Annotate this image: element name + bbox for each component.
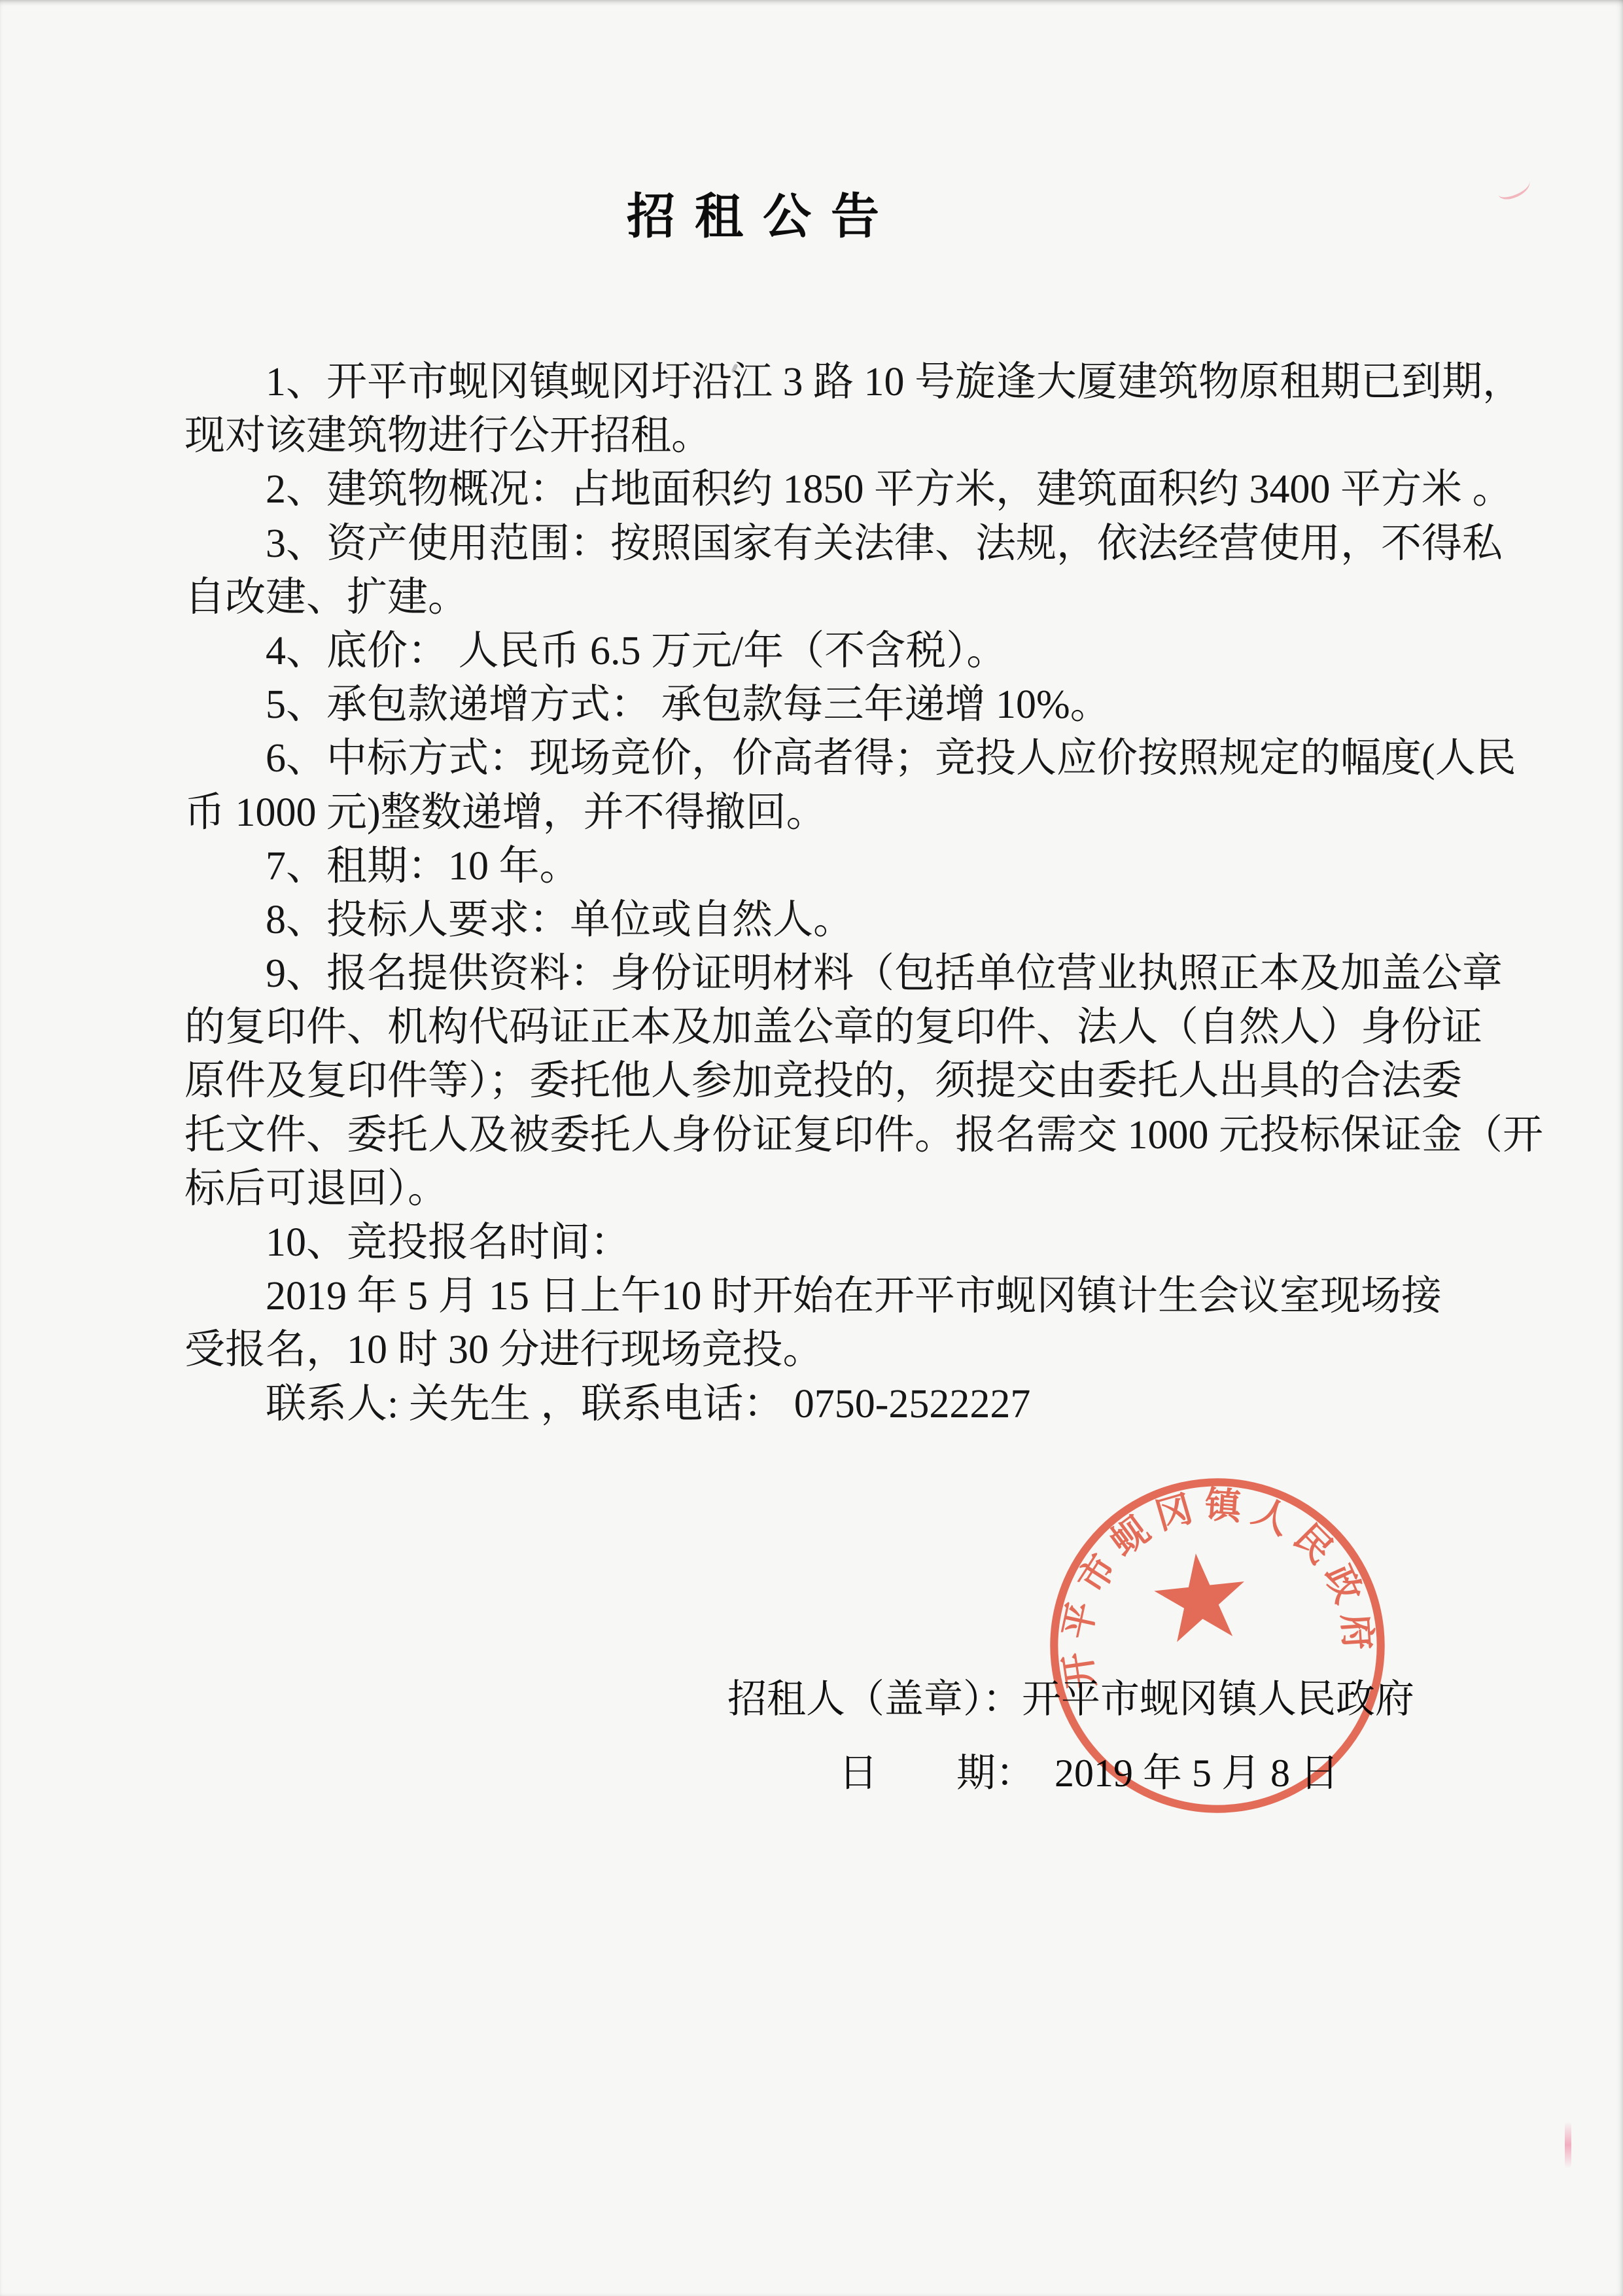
document-line: 标后可退回）。: [184, 1162, 1518, 1216]
scanned-document-page: 招租公告 1、开平市蚬冈镇蚬冈圩沿江 3 路 10 号旋逢大厦建筑物原租期已到期…: [0, 0, 1623, 2296]
document-title: 招租公告: [627, 178, 899, 247]
official-seal: 开平市蚬冈镇人民政府: [1014, 1442, 1421, 1849]
body-lines: 1、开平市蚬冈镇蚬冈圩沿江 3 路 10 号旋逢大厦建筑物原租期已到期，现对该建…: [184, 355, 1518, 1431]
document-line: 1、开平市蚬冈镇蚬冈圩沿江 3 路 10 号旋逢大厦建筑物原租期已到期，: [184, 355, 1518, 409]
document-line: 托文件、委托人及被委托人身份证复印件。报名需交 1000 元投标保证金（开: [184, 1108, 1518, 1162]
document-line: 10、竞投报名时间：: [184, 1216, 1518, 1269]
document-line: 2019 年 5 月 15 日上午10 时开始在开平市蚬冈镇计生会议室现场接: [184, 1269, 1518, 1323]
document-line: 7、租期：10 年。: [184, 839, 1518, 893]
document-line: 联系人: 关先生 ，联系电话： 0750-2522227: [184, 1377, 1518, 1431]
scan-artifact-pink-squiggle: [1495, 173, 1533, 203]
document-line: 6、中标方式：现场竞价，价高者得；竞投人应价按照规定的幅度(人民: [184, 732, 1518, 785]
document-line: 币 1000 元)整数递增，并不得撤回。: [184, 786, 1518, 839]
document-line: 2、建筑物概况：占地面积约 1850 平方米，建筑面积约 3400 平方米 。: [184, 463, 1518, 516]
document-line: 自改建、扩建。: [184, 571, 1518, 624]
scan-artifact-pink-streak: [1565, 2121, 1571, 2168]
document-line: 现对该建筑物进行公开招租。: [184, 409, 1518, 463]
document-line: 受报名，10 时 30 分进行现场竞投。: [184, 1323, 1518, 1377]
document-line: 9、报名提供资料：身份证明材料（包括单位营业执照正本及加盖公章: [184, 947, 1518, 1000]
document-line: 3、资产使用范围：按照国家有关法律、法规，依法经营使用，不得私: [184, 517, 1518, 571]
document-line: 原件及复印件等）；委托他人参加竞投的，须提交由委托人出具的合法委: [184, 1054, 1518, 1108]
seal-ring-text: 开平市蚬冈镇人民政府: [1041, 1468, 1380, 1691]
document-line: 5、承包款递增方式： 承包款每三年递增 10%。: [184, 678, 1518, 732]
document-line: 4、底价： 人民币 6.5 万元/年（不含税）。: [184, 624, 1518, 678]
document-line: 8、投标人要求：单位或自然人。: [184, 893, 1518, 947]
star-icon: [1151, 1549, 1249, 1644]
document-line: 的复印件、机构代码证正本及加盖公章的复印件、法人（自然人）身份证: [184, 1000, 1518, 1054]
